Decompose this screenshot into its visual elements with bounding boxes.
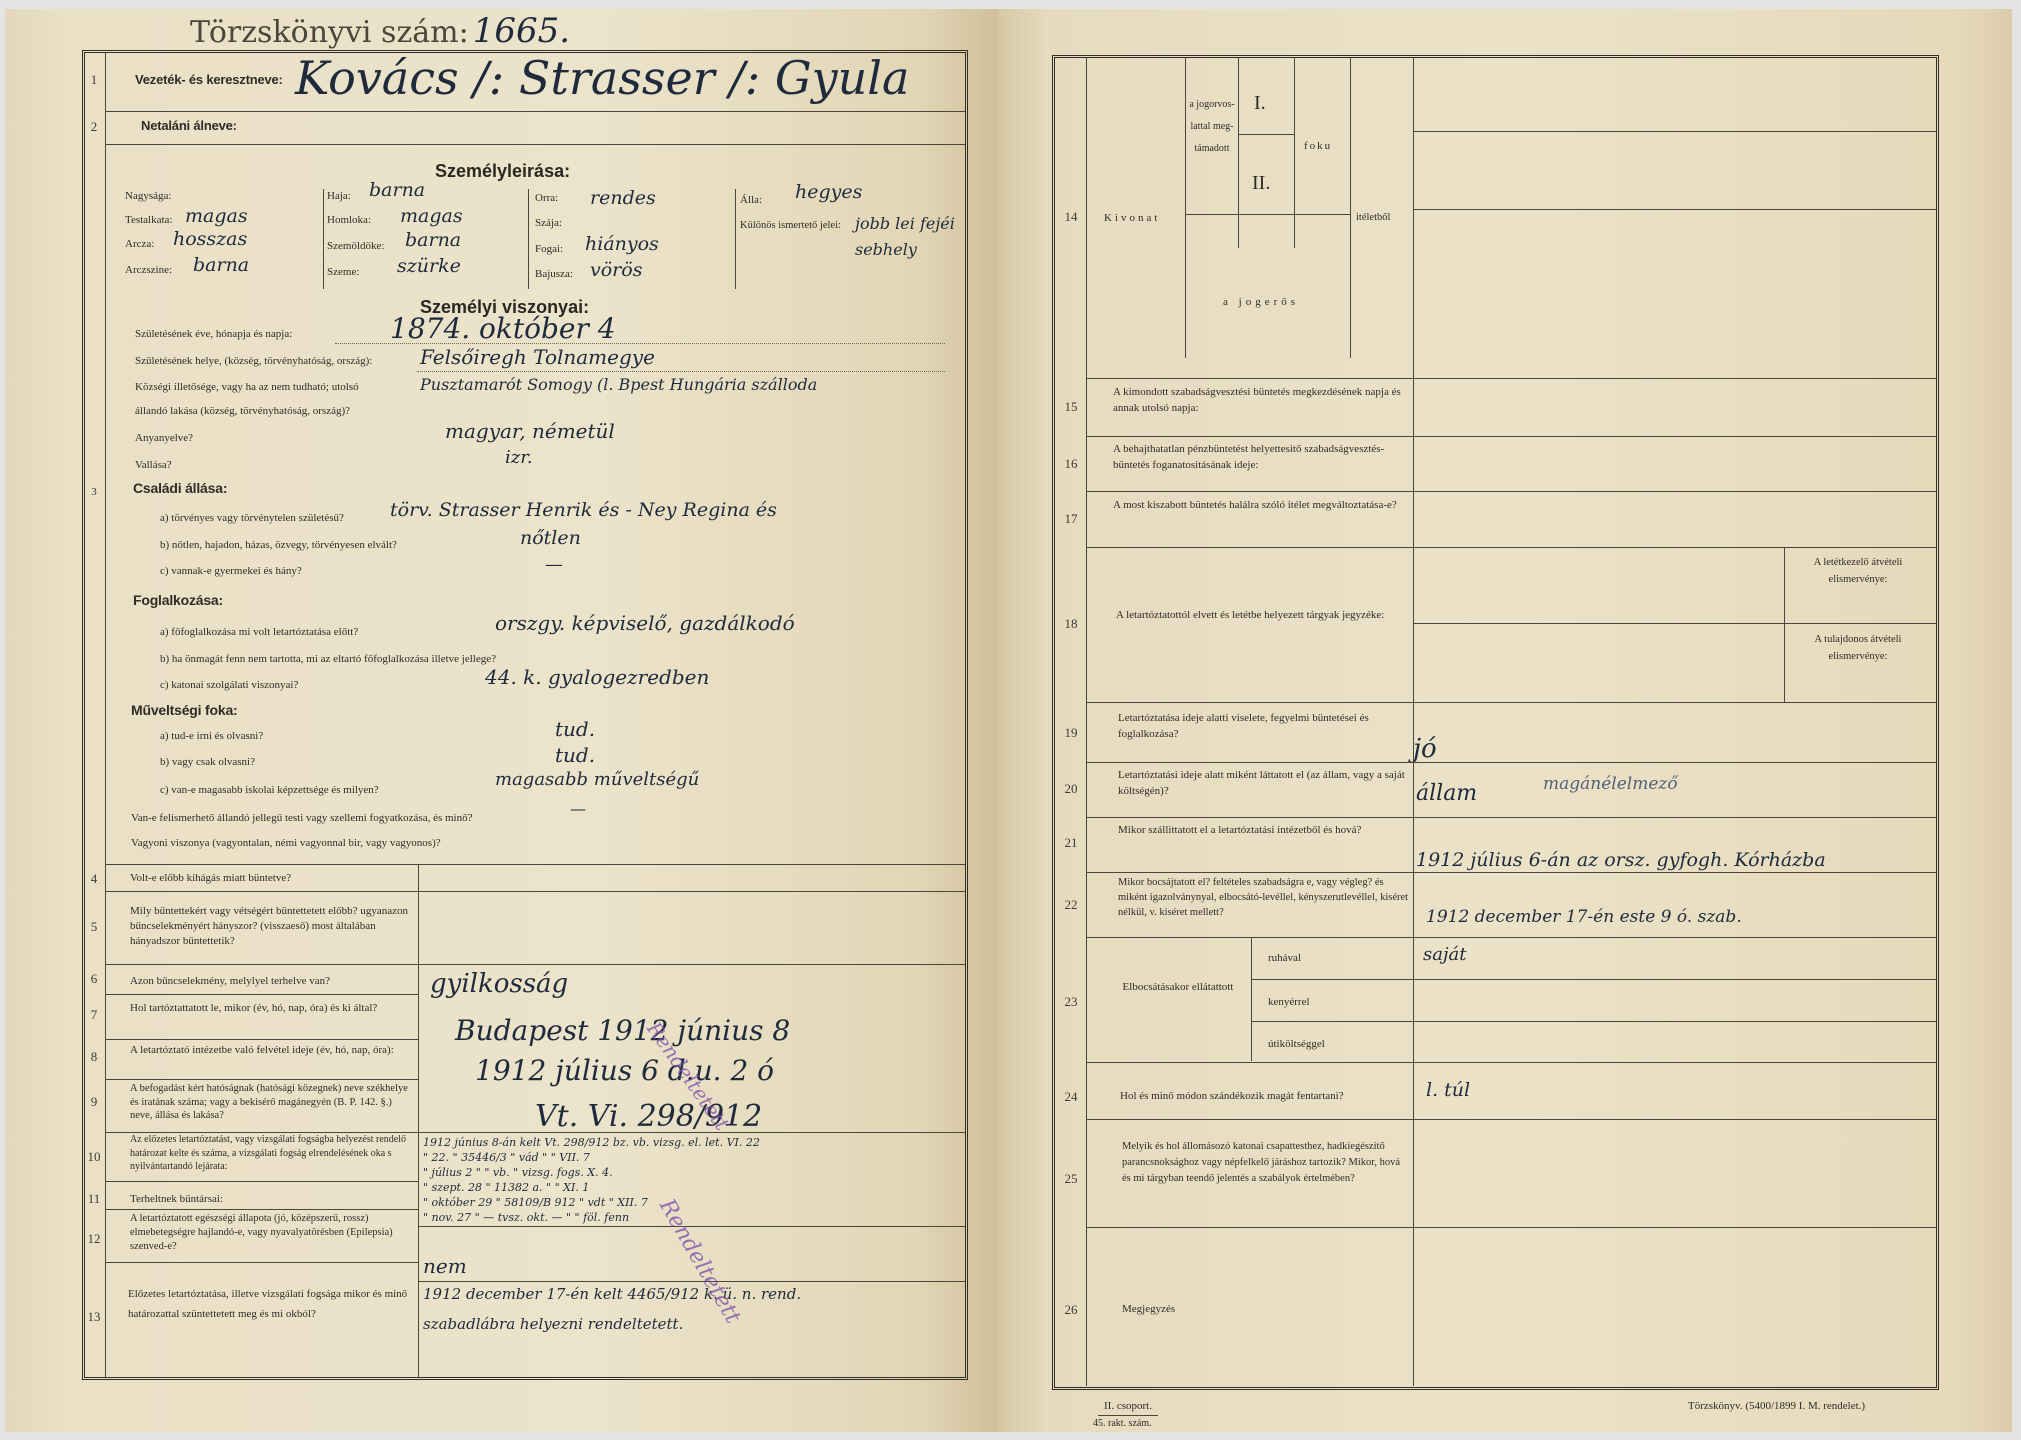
row-number: 7	[83, 1007, 105, 1023]
detention-order-line: " szept. 28 " 11382 a. " " XI. 1	[423, 1181, 589, 1194]
face-value: hosszas	[173, 228, 247, 250]
residence-label-2: állandó lakása (község, törvényhatóság, …	[135, 402, 350, 420]
left-page: Törzskönyvi szám: 1665. 1 Vezeték- és ke…	[5, 9, 998, 1432]
read-only-value: tud.	[555, 743, 595, 767]
conduct-label: Letartóztatása ideje alatti viselete, fe…	[1118, 710, 1410, 742]
read-only-label: b) vagy csak olvasni?	[160, 753, 255, 771]
moustache-label: Bajusza:	[535, 265, 573, 283]
complexion-label: Arczszine:	[125, 261, 172, 279]
livelihood-value: l. túl	[1426, 1079, 1470, 1101]
charge-label: Azon bűncselekmény, melylyel terhelve va…	[130, 972, 330, 990]
sentence-dates-label: A kimondott szabadságvesztési büntetés m…	[1113, 384, 1408, 416]
write-read-label: a) tud-e irni és olvasni?	[160, 727, 263, 745]
release-supplies-label: Elbocsátásakor ellátattott	[1118, 974, 1238, 1000]
right-page: 14 Kivonat a jogorvos-lattal meg-támadot…	[998, 9, 2012, 1432]
release-mode-value: 1912 december 17-én este 9 ó. szab.	[1426, 907, 1742, 927]
legitimacy-label: a) törvényes vagy törvénytelen születésű…	[160, 509, 344, 527]
hair-label: Haja:	[327, 187, 351, 205]
main-occupation-label: a) főfoglalkozása mi volt letartóztatása…	[160, 623, 358, 641]
marital-value: nőtlen	[520, 527, 581, 549]
row-number: 1	[83, 72, 105, 88]
group-label: II. csoport.	[1098, 1397, 1158, 1416]
eyebrows-value: barna	[405, 229, 461, 251]
release-line: 1912 december 17-én kelt 4465/912 k. ü. …	[423, 1285, 801, 1303]
hair-value: barna	[369, 179, 425, 201]
mouth-label: Szája:	[535, 214, 562, 232]
release-label: Előzetes letartóztatása, illetve vizsgál…	[128, 1284, 413, 1324]
face-label: Arcza:	[125, 235, 154, 253]
row-number: 23	[1060, 994, 1082, 1010]
livelihood-label: Hol és minő módon szándékozik magát fent…	[1120, 1087, 1344, 1105]
provision-value: állam	[1416, 781, 1477, 806]
extract-label: Kivonat	[1104, 209, 1160, 227]
row-number: 9	[83, 1094, 105, 1110]
build-label: Testalkata:	[125, 211, 173, 229]
death-commutation-label: A most kiszabott büntetés halálra szóló …	[1113, 497, 1408, 513]
supporter-occupation-label: b) ha önmagát fenn nem tartotta, mi az e…	[160, 650, 496, 668]
alias-label: Netaláni álneve:	[141, 117, 237, 135]
legitimacy-value: törv. Strasser Henrik és - Ney Regina és	[390, 499, 777, 521]
travel-cost-label: útiköltséggel	[1268, 1035, 1325, 1053]
eyes-label: Szeme:	[327, 263, 359, 281]
transfer-value: 1912 július 6-án az orsz. gyfogh. Kórház…	[1416, 849, 1826, 871]
complexion-value: barna	[193, 254, 249, 276]
detention-order-line: 1912 június 8-án kelt Vt. 298/912 bz. vb…	[423, 1136, 760, 1149]
religion-label: Vallása?	[135, 456, 172, 474]
marks-label: Különös ismertető jelei:	[740, 217, 841, 235]
arrest-label: Hol tartóztattatott le, mikor (év, hó, n…	[130, 1001, 410, 1016]
register-number: 1665.	[473, 11, 570, 51]
disability-label: Van-e felismerhető állandó jellegű testi…	[131, 809, 473, 827]
register-label: Törzskönyvi szám:	[190, 15, 469, 50]
deposited-items-label: A letartóztatottól elvett és letétbe hel…	[1116, 607, 1411, 623]
family-title: Családi állása:	[133, 479, 227, 497]
main-occupation-value: orszgy. képviselő, gazdálkodó	[495, 611, 795, 635]
bread-label: kenyérrel	[1268, 993, 1310, 1011]
row-number: 5	[83, 919, 105, 935]
row-number: 2	[83, 119, 105, 135]
marital-label: b) nőtlen, hajadon, házas, özvegy, törvé…	[160, 536, 397, 554]
nose-label: Orra:	[535, 189, 558, 207]
write-read-value: tud.	[555, 717, 595, 741]
row-number: 6	[83, 971, 105, 987]
clothing-value: saját	[1423, 944, 1467, 965]
children-label: c) vannak-e gyermekei és hány?	[160, 562, 302, 580]
provision-value-2: magánélelmező	[1543, 774, 1678, 794]
mother-tongue-value: magyar, németül	[445, 419, 615, 443]
military-unit-label: Melyik és hol állomásozó katonai csapatt…	[1122, 1139, 1410, 1187]
name-label: Vezeték- és keresztneve:	[135, 71, 283, 89]
final-label: a jogerős	[1223, 293, 1299, 311]
substitute-sentence-label: A behajthatatlan pénzbüntetést helyettes…	[1113, 441, 1408, 473]
detention-order-line: " október 29 " 58109/B 912 " vdt " XII. …	[423, 1196, 648, 1209]
marks-value: jobb lei fejéi sebhely	[855, 211, 955, 263]
birth-date-label: Születésének éve, hónapja és napja:	[135, 325, 292, 343]
row-number: 17	[1060, 511, 1082, 527]
conduct-value: jó	[1413, 734, 1437, 764]
row-number: 16	[1060, 456, 1082, 472]
row-number: 25	[1060, 1171, 1082, 1187]
admission-value: 1912 július 6 d.u. 2 ó	[475, 1054, 774, 1087]
eyes-value: szürke	[397, 255, 461, 277]
detention-order-line: " 22. " 35446/3 " vád " " VII. 7	[423, 1151, 590, 1164]
education-title: Műveltségi foka:	[131, 701, 238, 719]
provision-label: Letartóztatási ideje alatt miként láttat…	[1118, 767, 1410, 799]
health-value: nem	[423, 1254, 467, 1278]
residence-value: Pusztamarót Somogy (l. Bpest Hungária sz…	[420, 375, 817, 394]
custodian-receipt-label: A letétkezelő átvételi elismervénye:	[1788, 554, 1928, 588]
mother-tongue-label: Anyanyelve?	[135, 429, 193, 447]
detention-order-label: Az előzetes letartóztatást, vagy vizsgál…	[130, 1133, 415, 1174]
religion-value: izr.	[505, 447, 533, 468]
birth-place-value: Felsőiregh Tolnamegye	[420, 345, 655, 369]
row-number: 11	[83, 1191, 105, 1207]
row-number: 12	[83, 1231, 105, 1247]
children-value: —	[545, 554, 563, 575]
authority-label: A befogadást kért hatóságnak (hatósági k…	[130, 1082, 415, 1123]
admission-label: A letartóztató intézetbe való felvétel i…	[130, 1043, 410, 1058]
row-number: 10	[83, 1149, 105, 1165]
residence-label-1: Községi illetősége, vagy ha az nem tudha…	[135, 378, 359, 396]
chin-value: hegyes	[795, 181, 862, 203]
from-judgment-label: itéletből	[1356, 209, 1390, 227]
teeth-label: Fogai:	[535, 240, 563, 258]
accomplices-label: Terheltnek bűntársai:	[130, 1190, 223, 1208]
row-number: 19	[1060, 725, 1082, 741]
prior-crimes-label: Mily bűntettekért vagy vétségért büntett…	[130, 904, 415, 949]
release-line: szabadlábra helyezni rendeltetett.	[423, 1315, 683, 1333]
higher-education-value: magasabb műveltségű	[495, 769, 699, 790]
release-mode-label: Mikor bocsájtatott el? feltételes szabad…	[1118, 875, 1410, 920]
higher-education-label: c) van-e magasabb iskolai képzettsége és…	[160, 781, 379, 799]
charge-value: gyilkosság	[430, 969, 568, 999]
clothing-label: ruhával	[1268, 949, 1301, 967]
teeth-value: hiányos	[585, 233, 659, 255]
forehead-value: magas	[400, 205, 463, 227]
degree-one: I.	[1254, 94, 1266, 112]
row-number: 4	[83, 871, 105, 887]
eyebrows-label: Szemöldöke:	[327, 237, 384, 255]
occupation-title: Foglalkozása:	[133, 591, 223, 609]
height-label: Nagysága:	[125, 187, 171, 205]
row-number: 24	[1060, 1089, 1082, 1105]
degree-label: foku	[1304, 137, 1332, 155]
detention-order-line: " nov. 27 " — tvsz. okt. — " " föl. fenn	[423, 1211, 629, 1224]
prior-offense-label: Volt-e előbb kihágás miatt büntetve?	[130, 869, 291, 887]
row-number: 15	[1060, 399, 1082, 415]
military-label: c) katonai szolgálati viszonyai?	[160, 676, 298, 694]
nose-value: rendes	[590, 187, 656, 209]
row-number: 20	[1060, 781, 1082, 797]
description-title: Személyleirása:	[435, 161, 570, 182]
appealed-label: a jogorvos-lattal meg-támadott	[1188, 94, 1236, 160]
chin-label: Álla:	[740, 191, 762, 209]
row-number: 13	[83, 1309, 105, 1325]
build-value: magas	[185, 205, 248, 227]
remarks-label: Megjegyzés	[1122, 1300, 1175, 1318]
row-number: 22	[1060, 897, 1082, 913]
transfer-label: Mikor szállittatott el a letartóztatási …	[1118, 822, 1410, 838]
moustache-value: vörös	[590, 259, 642, 281]
disability-value: —	[570, 799, 586, 818]
name-value: Kovács /: Strasser /: Gyula	[295, 51, 909, 105]
row-number: 3	[83, 486, 105, 498]
stock-number-label: 45. rakt. szám.	[1093, 1415, 1152, 1433]
row-number: 26	[1060, 1302, 1082, 1318]
degree-two: II.	[1252, 174, 1270, 192]
detention-order-line: " július 2 " " vb. " vizsg. fogs. X. 4.	[423, 1166, 613, 1179]
row-number: 18	[1060, 616, 1082, 632]
birth-date-value: 1874. október 4	[390, 312, 616, 345]
row-number: 21	[1060, 835, 1082, 851]
row-number: 8	[83, 1049, 105, 1065]
register-number-line: Törzskönyvi szám: 1665.	[190, 11, 570, 51]
row-number: 14	[1060, 209, 1082, 225]
military-value: 44. k. gyalogezredben	[485, 665, 709, 689]
birth-place-label: Születésének helye, (község, törvényható…	[135, 352, 372, 370]
wealth-label: Vagyoni viszonya (vagyontalan, némi vagy…	[131, 834, 441, 852]
form-reference: Törzskönyv. (5400/1899 I. M. rendelet.)	[1688, 1397, 1865, 1415]
arrest-value: Budapest 1912 június 8	[455, 1014, 790, 1047]
forehead-label: Homloka:	[327, 211, 371, 229]
health-label: A letartóztatott egészségi állapota (jó,…	[130, 1212, 415, 1254]
owner-receipt-label: A tulajdonos átvételi elismervénye:	[1788, 631, 1928, 665]
